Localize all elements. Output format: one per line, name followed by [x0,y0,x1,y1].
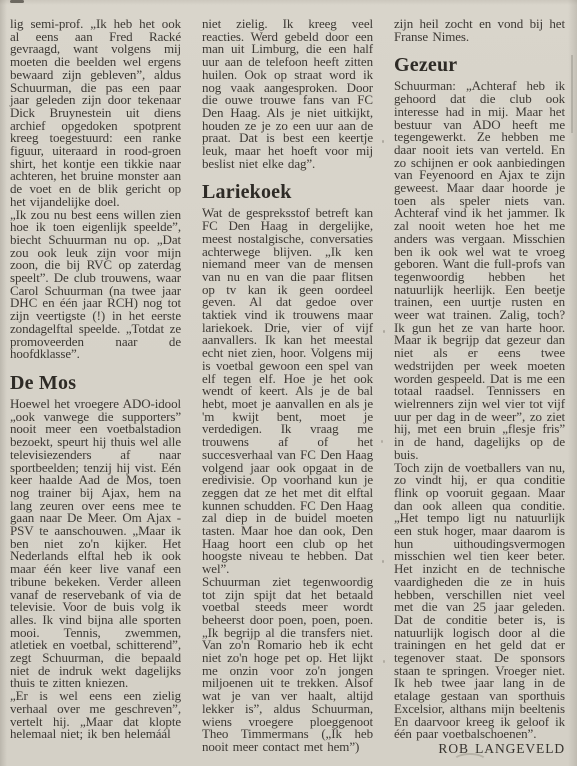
paragraph: Toch zijn de voetballers van nu, zo vind… [394,462,565,741]
paragraph: Schuurman: „Achteraf heb ik gehoord dat … [394,80,565,461]
article-column-3: zijn heil zocht en vond bij het Franse N… [394,18,565,756]
paragraph: lig semi-prof. „Ik heb het ook al eens a… [10,18,181,209]
paragraph: niet zielig. Ik kreeg veel reacties. Wer… [202,18,373,170]
paragraph: Hoewel het vroegere ADO-idool „ook vanwe… [10,398,181,690]
section-heading-gezeur: Gezeur [394,55,565,75]
section-heading-lariekoek: Lariekoek [202,182,373,202]
scan-artifact-edge-line [571,55,573,133]
paragraph: „Er is wel eens een zielig verhaal over … [10,690,181,741]
paragraph: zijn heil zocht en vond bij het Franse N… [394,18,565,43]
paragraph: Wat de gespreksstof betreft kan FC Den H… [202,207,373,575]
article-column-1: lig semi-prof. „Ik heb het ook al eens a… [10,18,181,756]
newspaper-page: lig semi-prof. „Ik heb het ook al eens a… [0,0,577,766]
paragraph: „Ik zou nu best eens willen zien hoe ik … [10,209,181,361]
byline-author: ROB LANGEVELD [394,743,565,756]
paragraph: Schuurman ziet tegenwoordig tot zijn spi… [202,576,373,754]
section-heading-de-mos: De Mos [10,373,181,393]
article-columns: lig semi-prof. „Ik heb het ook al eens a… [10,18,565,756]
article-column-2: niet zielig. Ik kreeg veel reacties. Wer… [202,18,373,756]
scan-artifact-dash [10,0,24,3]
